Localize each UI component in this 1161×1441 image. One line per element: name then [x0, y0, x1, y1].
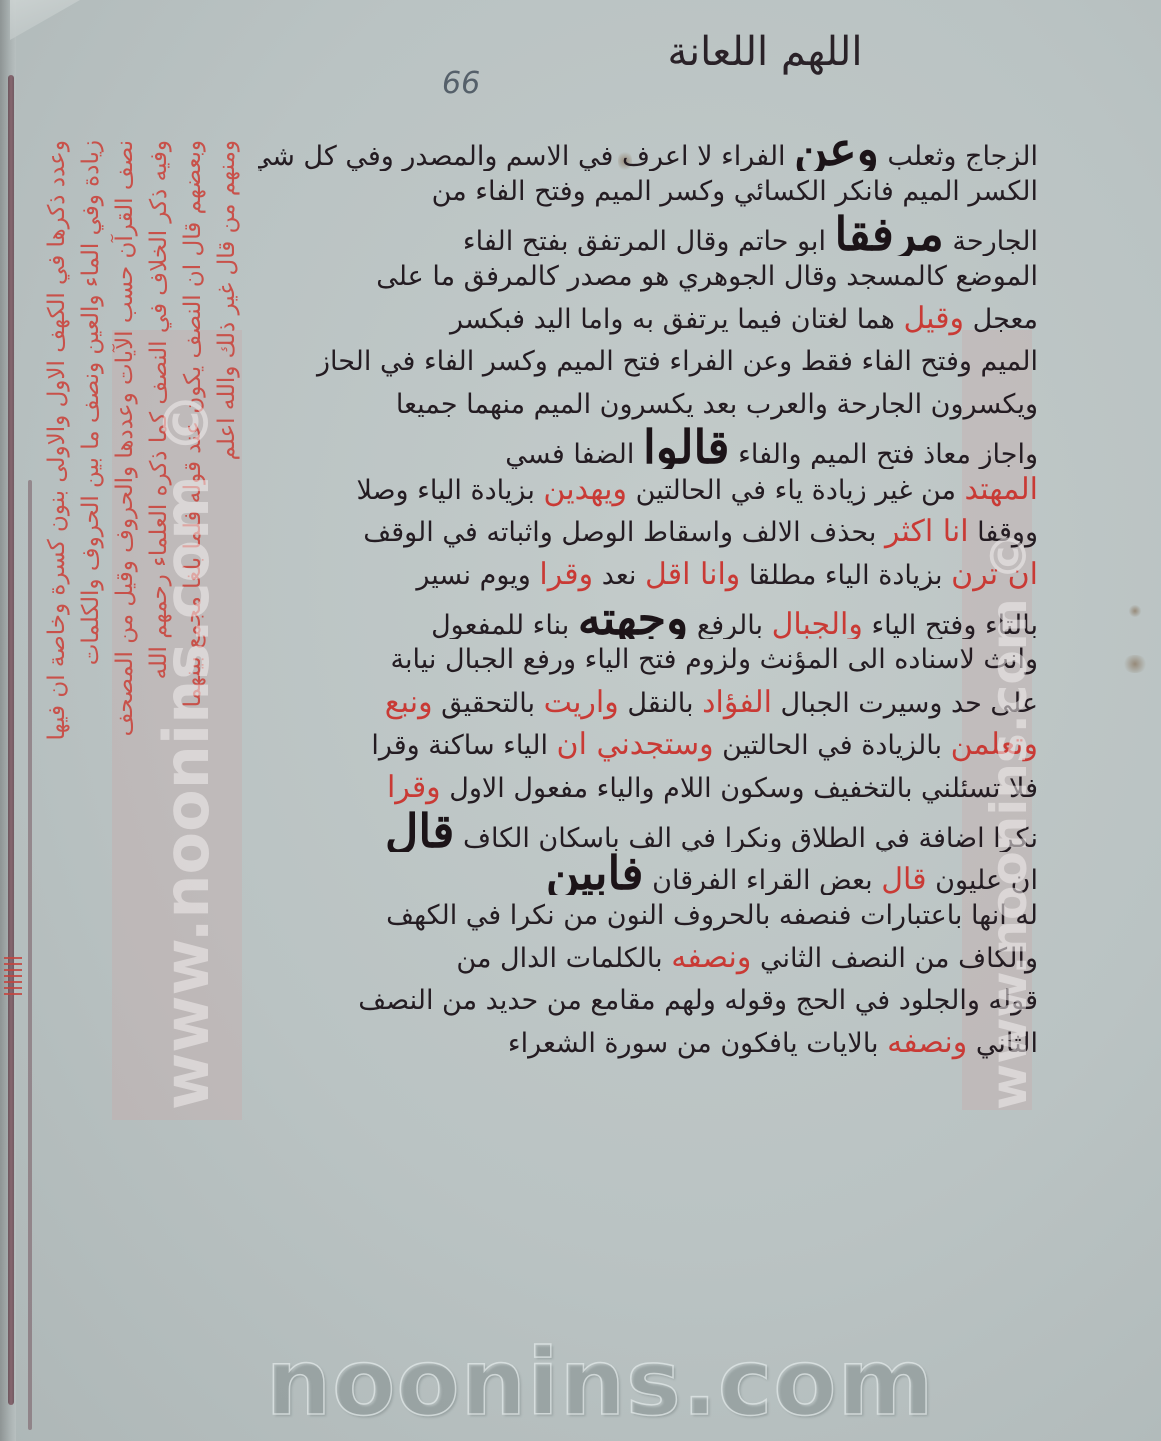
text-line: وتعلمن بالزيادة في الحالتين وستجدني ان ا… — [258, 724, 1038, 767]
rubric-word: ونبع — [385, 685, 433, 720]
binding-edge — [8, 75, 14, 1405]
text-segment: بالزيادة في الحالتين — [714, 730, 951, 761]
text-line: الجارحة مرفقا ابو حاتم وقال المرتفق بفتح… — [258, 213, 1038, 256]
text-line: قوله والجلود في الحج وقوله ولهم مقامع من… — [258, 980, 1038, 1023]
text-segment: بناء للمفعول — [431, 610, 578, 640]
text-line: الزجاج وثعلب وعن الفراء لا اعرف في الاسم… — [258, 128, 1038, 171]
text-line: المهتد من غير زيادة ياء في الحالتين ويهد… — [258, 469, 1038, 512]
rubric-word: ويهدين — [543, 472, 627, 507]
text-segment: فلا تسئلني بالتخفيف وسكون اللام والياء م… — [441, 773, 1038, 804]
rubric-word: وستجدني ان — [557, 727, 714, 762]
text-line: ويكسرون الجارحة والعرب بعد يكسرون الميم … — [258, 384, 1038, 427]
text-line: الميم وفتح الفاء فقط وعن الفراء فتح المي… — [258, 341, 1038, 384]
text-segment: من غير زيادة ياء في الحالتين — [627, 475, 965, 506]
red-tick-marks — [4, 955, 22, 995]
text-segment: بزيادة الياء مطلقا — [740, 560, 951, 591]
text-segment: بالكلمات الدال من — [456, 943, 671, 974]
rubric-word: والجبال — [772, 607, 863, 640]
keyword: قال — [385, 810, 454, 853]
text-segment: الجارحة — [944, 226, 1038, 256]
manuscript-page: اللهم اللعانة 66 وعدد ذكرها في الكهف الا… — [0, 0, 1161, 1441]
page-corner — [10, 0, 80, 40]
text-line: والكاف من النصف الثاني ونصفه بالكلمات ال… — [258, 937, 1038, 980]
text-line: الكسر الميم فانكر الكسائي وكسر الميم وفت… — [258, 171, 1038, 214]
rubric-word: وقيل — [903, 301, 964, 336]
watermark-left: www.noonins.com © — [150, 392, 223, 1110]
text-segment: ابو حاتم وقال المرتفق بفتح الفاء — [463, 226, 835, 256]
text-segment: بالرفع — [688, 610, 771, 640]
text-line: نكرا اضافة في الطلاق ونكرا في الف باسكان… — [258, 810, 1038, 853]
text-line: واجاز معاذ فتح الميم والفاء قالوا الضفا … — [258, 426, 1038, 469]
rubric-word: المهتد — [965, 472, 1038, 507]
text-segment: الفراء لا اعرف في الاسم والمصدر وفي كل ش… — [258, 141, 794, 171]
text-segment: ويكسرون الجارحة والعرب بعد يكسرون الميم … — [396, 389, 1038, 420]
text-line: الثاني ونصفه بالايات يافكون من سورة الشع… — [258, 1022, 1038, 1065]
rubric-word: وانا اقل — [645, 557, 740, 592]
keyword: وجهته — [578, 597, 688, 640]
text-segment: بالتحقيق — [433, 688, 544, 719]
text-line: بالتاء وفتح الياء والجبال بالرفع وجهته ب… — [258, 597, 1038, 640]
text-line: فلا تسئلني بالتخفيف وسكون اللام والياء م… — [258, 767, 1038, 810]
margin-note-line: وعدد ذكرها في الكهف الاول والاولى بنون ك… — [40, 110, 74, 1220]
text-line: على حد وسيرت الجبال الفؤاد بالنقل واريت … — [258, 682, 1038, 725]
text-segment: نكرا اضافة في الطلاق ونكرا في الف باسكان… — [454, 823, 1038, 853]
text-segment: واجاز معاذ فتح الميم والفاء — [730, 439, 1038, 469]
text-segment: الزجاج وثعلب — [879, 141, 1038, 171]
text-segment: هما لغتان فيما يرتفق به واما اليد فبكسر — [450, 304, 903, 335]
text-segment: ويوم نسير — [416, 560, 539, 591]
text-segment: الياء ساكنة — [420, 730, 557, 761]
rubric-word: واريت — [544, 685, 619, 720]
text-segment: بالنقل — [619, 688, 702, 719]
keyword: مرفقا — [835, 213, 944, 256]
paper-stain — [1122, 655, 1148, 673]
text-line: ووقفا انا اكثر بحذف الالف واسقاط الوصل و… — [258, 511, 1038, 554]
text-line: ان عليون قال بعض القراء الفرقان فابين — [258, 852, 1038, 895]
text-segment: الكسر الميم فانكر الكسائي وكسر الميم وفت… — [432, 176, 1038, 207]
text-line: ان ترن بزيادة الياء مطلقا وانا اقل نعد و… — [258, 554, 1038, 597]
text-line: الموضع كالمسجد وقال الجوهري هو مصدر كالم… — [258, 256, 1038, 299]
keyword: قالوا — [643, 426, 730, 469]
text-line: له انها باعتبارات فنصفه بالحروف النون من… — [258, 895, 1038, 938]
text-segment: بالايات يافكون من سورة الشعراء — [508, 1028, 887, 1059]
rubric-word: ونصفه — [887, 1025, 967, 1060]
text-segment: الضفا فسي — [505, 439, 643, 469]
rubric-word: ونصفه — [671, 940, 751, 975]
rubric-word: قال — [881, 862, 926, 895]
folio-number: 66 — [442, 66, 502, 106]
text-segment: وانث لاسناده الى المؤنث ولزوم فتح الياء … — [391, 644, 1039, 675]
keyword: وعن — [794, 128, 879, 171]
text-segment: وقرا — [371, 730, 419, 761]
watermark-right: www.noonins.com © — [980, 531, 1038, 1110]
rubric-word: وقرا — [387, 770, 441, 805]
text-segment: معجل — [964, 304, 1038, 335]
rubric-word: انا اكثر — [885, 514, 969, 549]
paper-stain — [1128, 605, 1142, 617]
watermark-bottom: noonins.com — [250, 1338, 950, 1428]
text-segment: الميم وفتح الفاء فقط وعن الفراء فتح المي… — [317, 346, 1038, 377]
binding-edge-inner — [28, 480, 32, 1430]
rubric-word: وقرا — [539, 557, 593, 592]
text-segment: نعد — [593, 560, 645, 591]
text-segment: بزيادة الياء وصلا — [356, 475, 543, 506]
margin-note-line: نصف القرآن حسب الآيات وعددها والحروف وقي… — [108, 110, 142, 1220]
margin-note-line: زيادة وفي الماء والعين ونصف ما بين الحرو… — [74, 110, 108, 1220]
text-segment: الموضع كالمسجد وقال الجوهري هو مصدر كالم… — [376, 261, 1038, 292]
text-segment: بحذف الالف واسقاط الوصل واثباته في الوقف — [363, 517, 885, 548]
text-segment: قوله والجلود في الحج وقوله ولهم مقامع من… — [358, 985, 1038, 1016]
text-line: معجل وقيل هما لغتان فيما يرتفق به واما ا… — [258, 298, 1038, 341]
keyword: فابين — [546, 852, 644, 895]
text-segment: بعض القراء الفرقان — [644, 865, 882, 895]
rubric-word: الفؤاد — [702, 685, 772, 720]
text-segment: له انها باعتبارات فنصفه بالحروف النون من… — [386, 900, 1038, 931]
main-text-block: الزجاج وثعلب وعن الفراء لا اعرف في الاسم… — [258, 128, 1038, 1065]
text-line: وانث لاسناده الى المؤنث ولزوم فتح الياء … — [258, 639, 1038, 682]
invocation-heading: اللهم اللعانة — [600, 12, 930, 92]
